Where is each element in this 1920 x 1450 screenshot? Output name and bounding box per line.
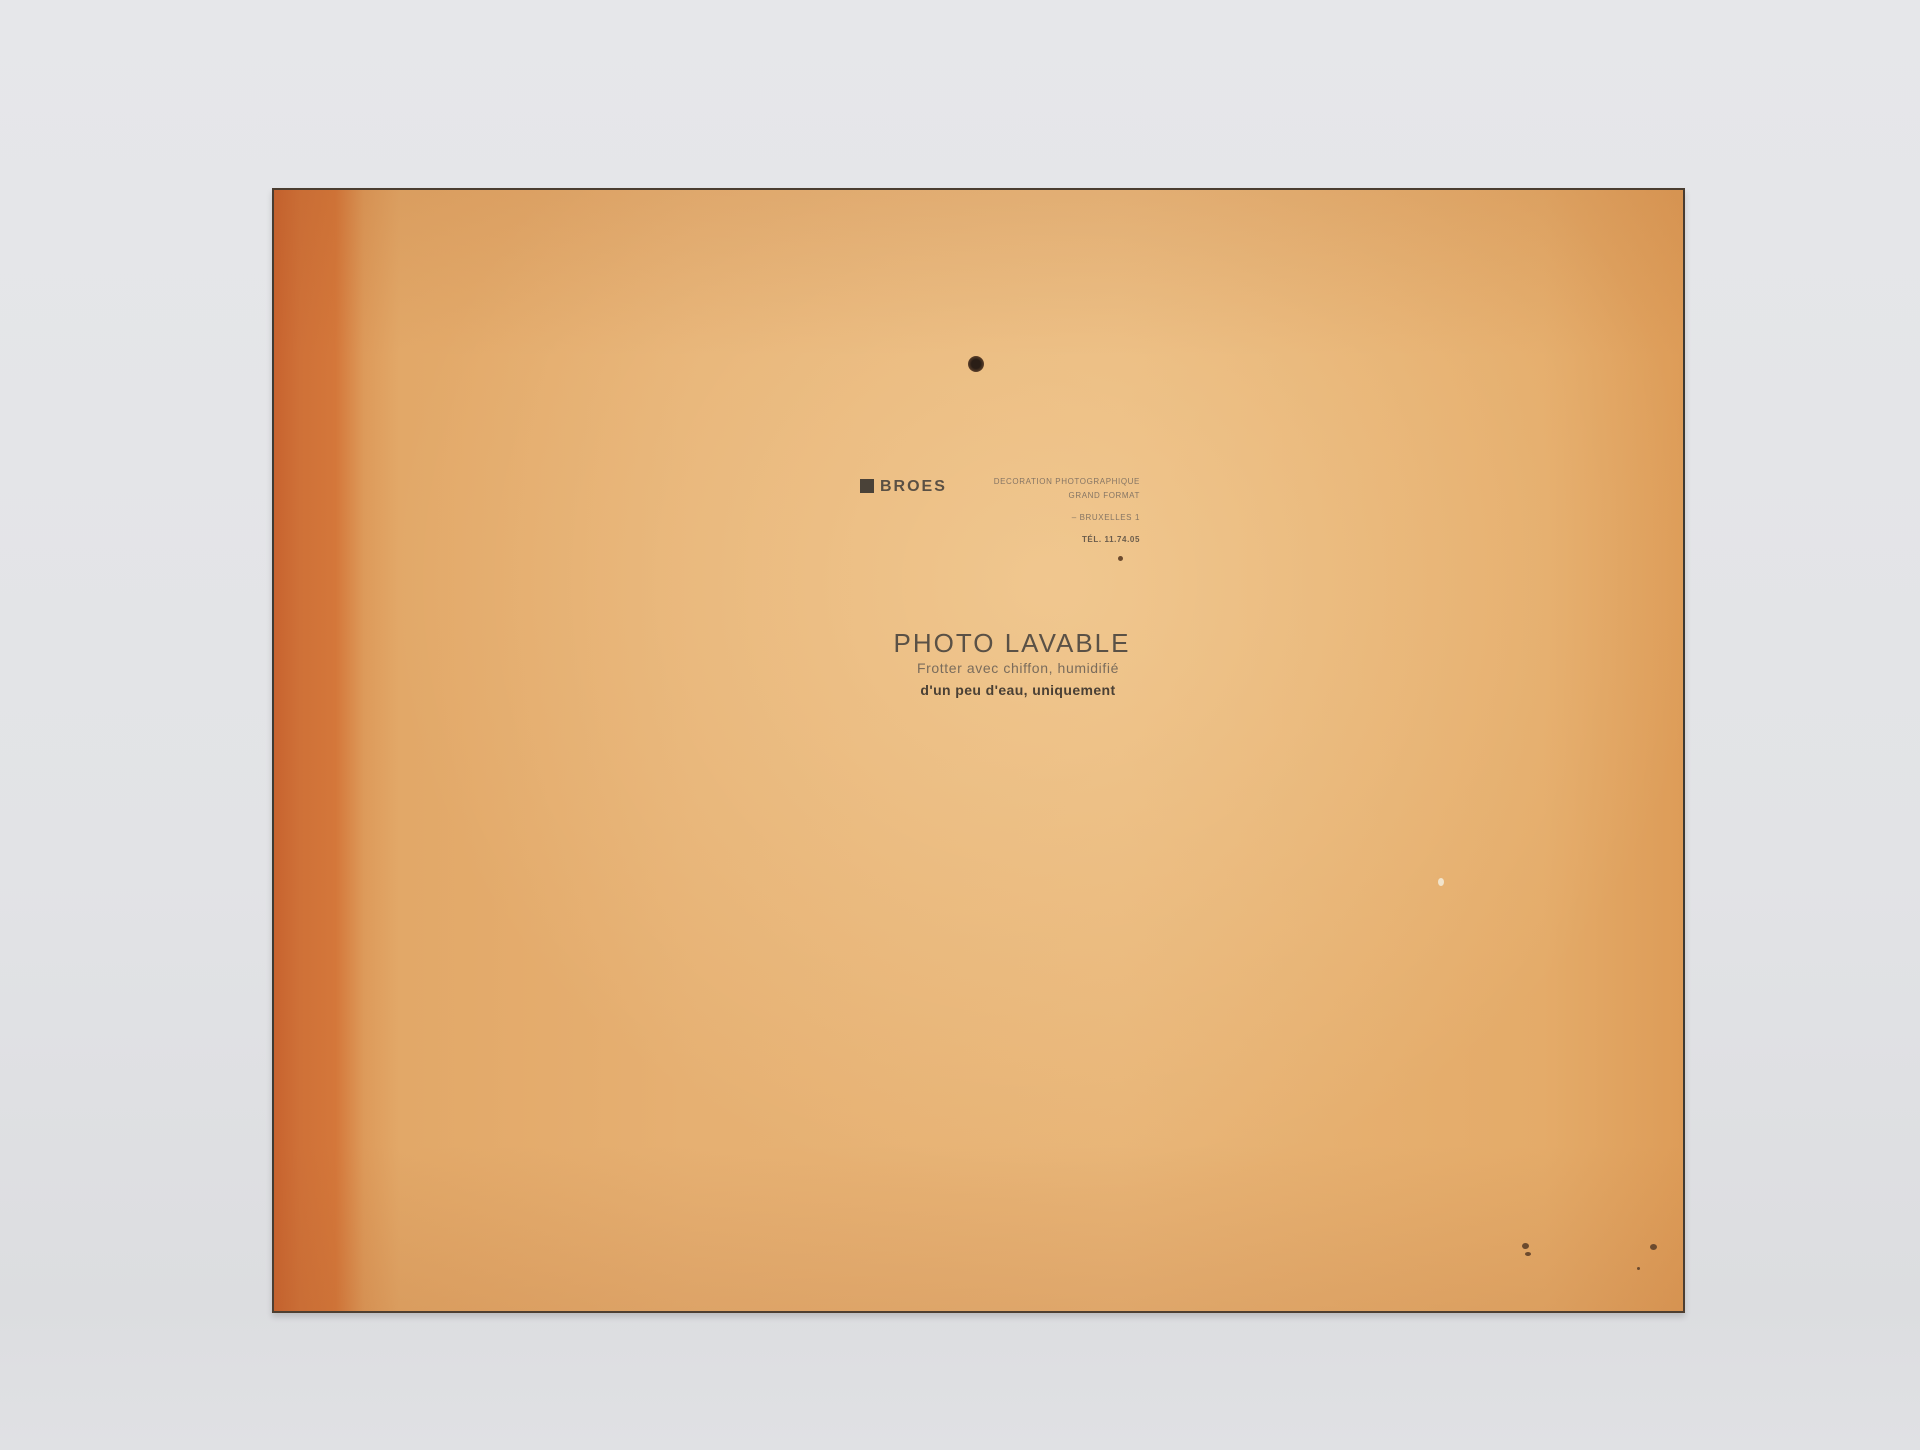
brand-name: BROES bbox=[880, 478, 947, 495]
studio-logo-icon bbox=[860, 479, 874, 493]
address-line: DECORATION PHOTOGRAPHIQUE bbox=[985, 475, 1140, 489]
stain-spot bbox=[1650, 1244, 1657, 1250]
address-line: GRAND FORMAT bbox=[985, 489, 1140, 503]
stain-spot bbox=[1637, 1267, 1640, 1270]
address-phone: TÉL. 11.74.05 bbox=[985, 533, 1140, 547]
label-instruction-1: Frotter avec chiffon, humidifié bbox=[878, 660, 1158, 676]
studio-stamp-address: DECORATION PHOTOGRAPHIQUE GRAND FORMAT –… bbox=[985, 475, 1140, 547]
studio-stamp-brand: BROES bbox=[860, 478, 947, 496]
paint-chip bbox=[1438, 878, 1444, 886]
stain-spot bbox=[1525, 1252, 1531, 1256]
label-instruction-2: d'un peu d'eau, uniquement bbox=[878, 682, 1158, 698]
nail-hole bbox=[968, 356, 984, 372]
label-title: PHOTO LAVABLE bbox=[872, 628, 1152, 659]
stain-spot bbox=[1522, 1243, 1529, 1249]
address-line: – BRUXELLES 1 bbox=[985, 511, 1140, 525]
ink-dot bbox=[1118, 556, 1123, 561]
